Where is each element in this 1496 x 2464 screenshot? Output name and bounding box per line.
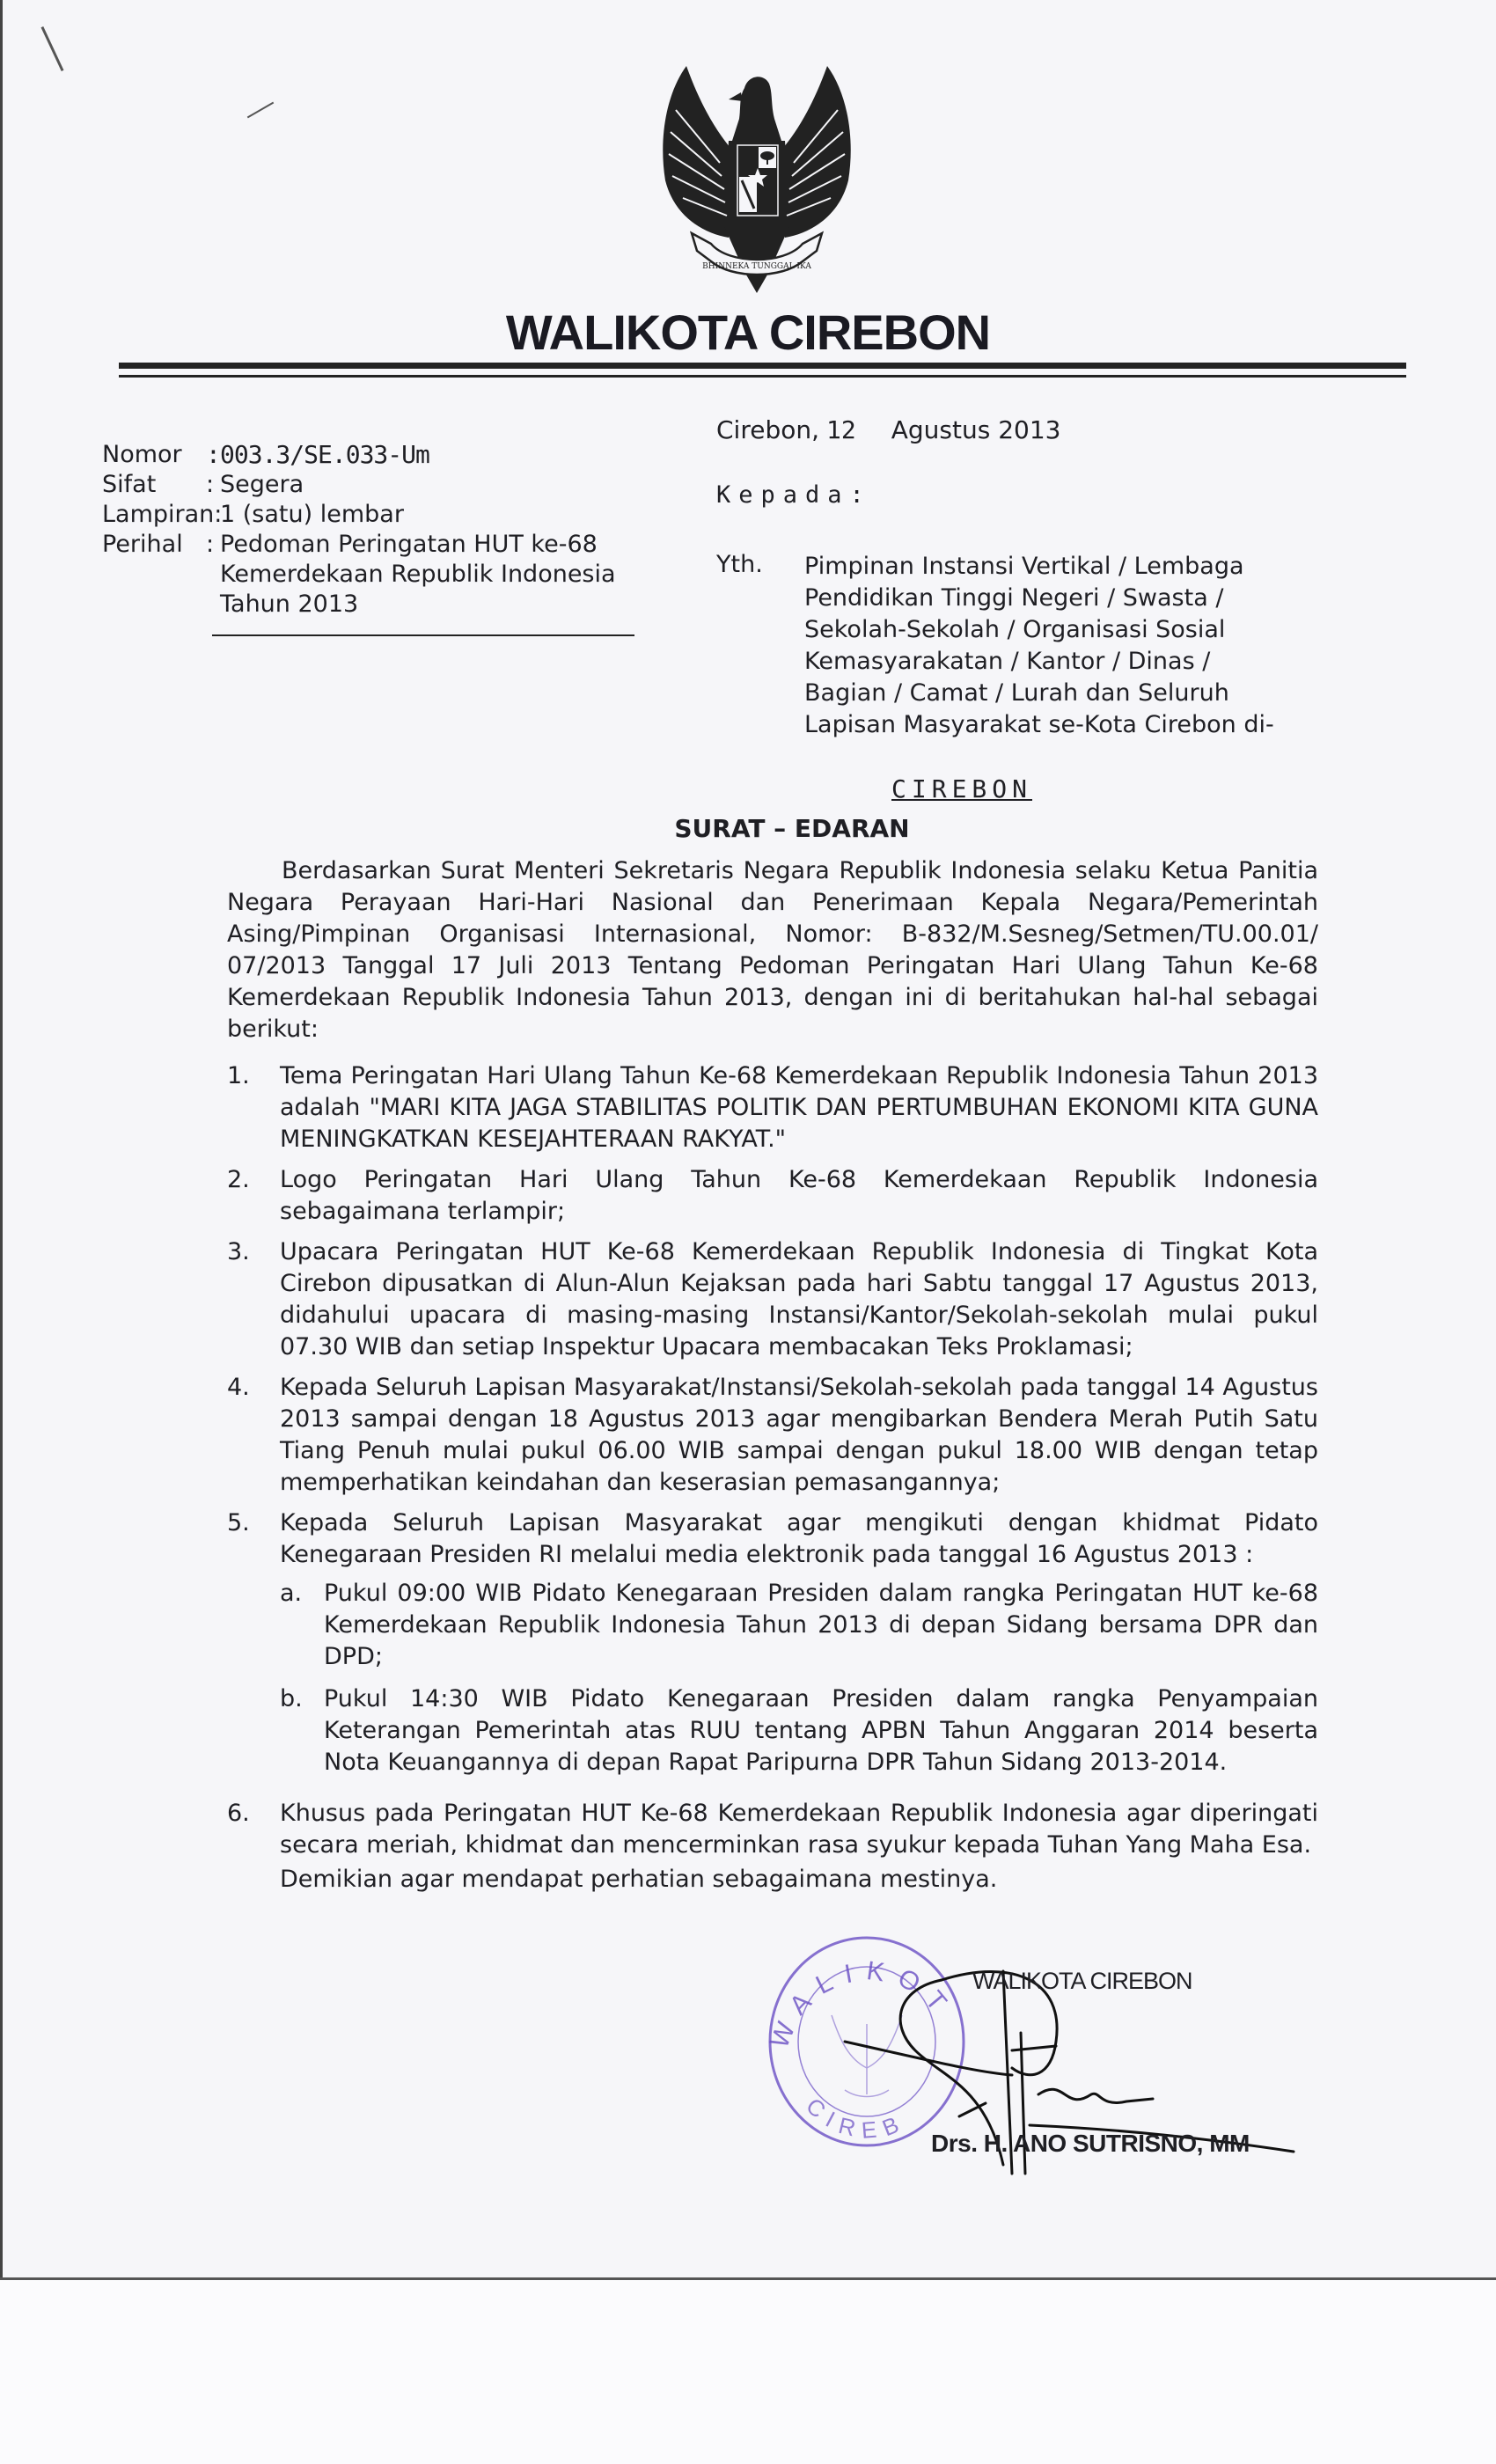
list-item-body: Kepada Seluruh Lapisan Masyarakat/Instan… (280, 1372, 1318, 1499)
kepada-label: Kepada: (716, 481, 872, 509)
list-item-body: Kepada Seluruh Lapisan Masyarakat agar m… (280, 1507, 1318, 1789)
sub-item: a.Pukul 09:00 WIB Pidato Kenegaraan Pres… (280, 1578, 1318, 1673)
nomor-label: Nomor (102, 440, 206, 470)
lampiran-row: Lampiran: 1 (satu) lembar (102, 500, 634, 530)
date-month-year: Agustus 2013 (891, 415, 1061, 444)
intro-paragraph: Berdasarkan Surat Menteri Sekretaris Neg… (227, 855, 1318, 1045)
sifat-row: Sifat : Segera (102, 470, 634, 500)
letterhead-title: WALIKOTA CIREBON (0, 304, 1496, 361)
perihal-underline (212, 634, 634, 636)
list-item-text: Tema Peringatan Hari Ulang Tahun Ke-68 K… (280, 1060, 1318, 1155)
colon: : (206, 530, 220, 620)
sub-item-letter: a. (280, 1578, 324, 1673)
list-item: 1.Tema Peringatan Hari Ulang Tahun Ke-68… (227, 1060, 1318, 1155)
scan-mark (41, 26, 64, 71)
blank-lower-area (0, 2280, 1496, 2464)
sub-item-text: Pukul 14:30 WIB Pidato Kenegaraan Presid… (324, 1683, 1318, 1778)
yth-label: Yth. (716, 551, 763, 578)
letterhead-rule-thin (119, 375, 1406, 378)
date-place: Cirebon, (716, 415, 819, 444)
list-item-text: Kepada Seluruh Lapisan Masyarakat agar m… (280, 1507, 1318, 1571)
list-item-body: Logo Peringatan Hari Ulang Tahun Ke-68 K… (280, 1164, 1318, 1228)
list-item-number: 1. (227, 1060, 280, 1155)
nomor-value: 003.3/SE.033-Um (220, 440, 634, 470)
sub-item: b.Pukul 14:30 WIB Pidato Kenegaraan Pres… (280, 1683, 1318, 1778)
colon: : (206, 470, 220, 500)
signatory-name: Drs. H. ANO SUTRISNO, MM (931, 2130, 1250, 2158)
document-heading: SURAT – EDARAN (0, 814, 1496, 843)
garuda-emblem-icon: BHINNEKA TUNGGAL IKA (641, 57, 873, 295)
date-day: 12 (826, 415, 856, 444)
list-item-body: Upacara Peringatan HUT Ke-68 Kemerdekaan… (280, 1236, 1318, 1363)
letterhead-rule-thick (119, 363, 1406, 369)
signatory-title: WALIKOTA CIREBON (972, 1968, 1192, 1995)
list-item-text: Upacara Peringatan HUT Ke-68 Kemerdekaan… (280, 1236, 1318, 1363)
lampiran-label: Lampiran: (102, 500, 220, 530)
colon: : (206, 440, 220, 470)
perihal-label: Perihal (102, 530, 206, 620)
scan-mark (247, 102, 274, 119)
recipients-list: Pimpinan Instansi Vertikal / Lembaga Pen… (804, 551, 1297, 741)
sifat-label: Sifat (102, 470, 206, 500)
sub-item-letter: b. (280, 1683, 324, 1778)
list-item-number: 4. (227, 1372, 280, 1499)
list-item: 4.Kepada Seluruh Lapisan Masyarakat/Inst… (227, 1372, 1318, 1499)
destination-city: CIREBON (891, 774, 1032, 803)
lampiran-value: 1 (satu) lembar (220, 500, 634, 530)
list-item-number: 3. (227, 1236, 280, 1363)
list-item-body: Tema Peringatan Hari Ulang Tahun Ke-68 K… (280, 1060, 1318, 1155)
closing-sentence: Demikian agar mendapat perhatian sebagai… (280, 1866, 997, 1893)
list-item-number: 5. (227, 1507, 280, 1789)
list-item: 6.Khusus pada Peringatan HUT Ke-68 Kemer… (227, 1798, 1318, 1861)
list-item-number: 2. (227, 1164, 280, 1228)
perihal-row: Perihal : Pedoman Peringatan HUT ke-68 K… (102, 530, 634, 620)
list-item: 2.Logo Peringatan Hari Ulang Tahun Ke-68… (227, 1164, 1318, 1228)
emblem-motto: BHINNEKA TUNGGAL IKA (702, 262, 811, 271)
nomor-row: Nomor : 003.3/SE.033-Um (102, 440, 634, 470)
letter-date: Cirebon,12Agustus 2013 (716, 415, 1060, 444)
list-item: 3.Upacara Peringatan HUT Ke-68 Kemerdeka… (227, 1236, 1318, 1363)
list-item-body: Khusus pada Peringatan HUT Ke-68 Kemerde… (280, 1798, 1318, 1861)
scan-edge (0, 0, 3, 2464)
sifat-value: Segera (220, 470, 634, 500)
letter-metadata: Nomor : 003.3/SE.033-Um Sifat : Segera L… (102, 440, 634, 620)
list-item-text: Khusus pada Peringatan HUT Ke-68 Kemerde… (280, 1798, 1318, 1861)
sub-item-text: Pukul 09:00 WIB Pidato Kenegaraan Presid… (324, 1578, 1318, 1673)
perihal-value: Pedoman Peringatan HUT ke-68 Kemerdekaan… (220, 530, 634, 620)
numbered-list: 1.Tema Peringatan Hari Ulang Tahun Ke-68… (227, 1060, 1318, 1870)
list-item-number: 6. (227, 1798, 280, 1861)
list-item-text: Logo Peringatan Hari Ulang Tahun Ke-68 K… (280, 1164, 1318, 1228)
list-item: 5.Kepada Seluruh Lapisan Masyarakat agar… (227, 1507, 1318, 1789)
list-item-text: Kepada Seluruh Lapisan Masyarakat/Instan… (280, 1372, 1318, 1499)
